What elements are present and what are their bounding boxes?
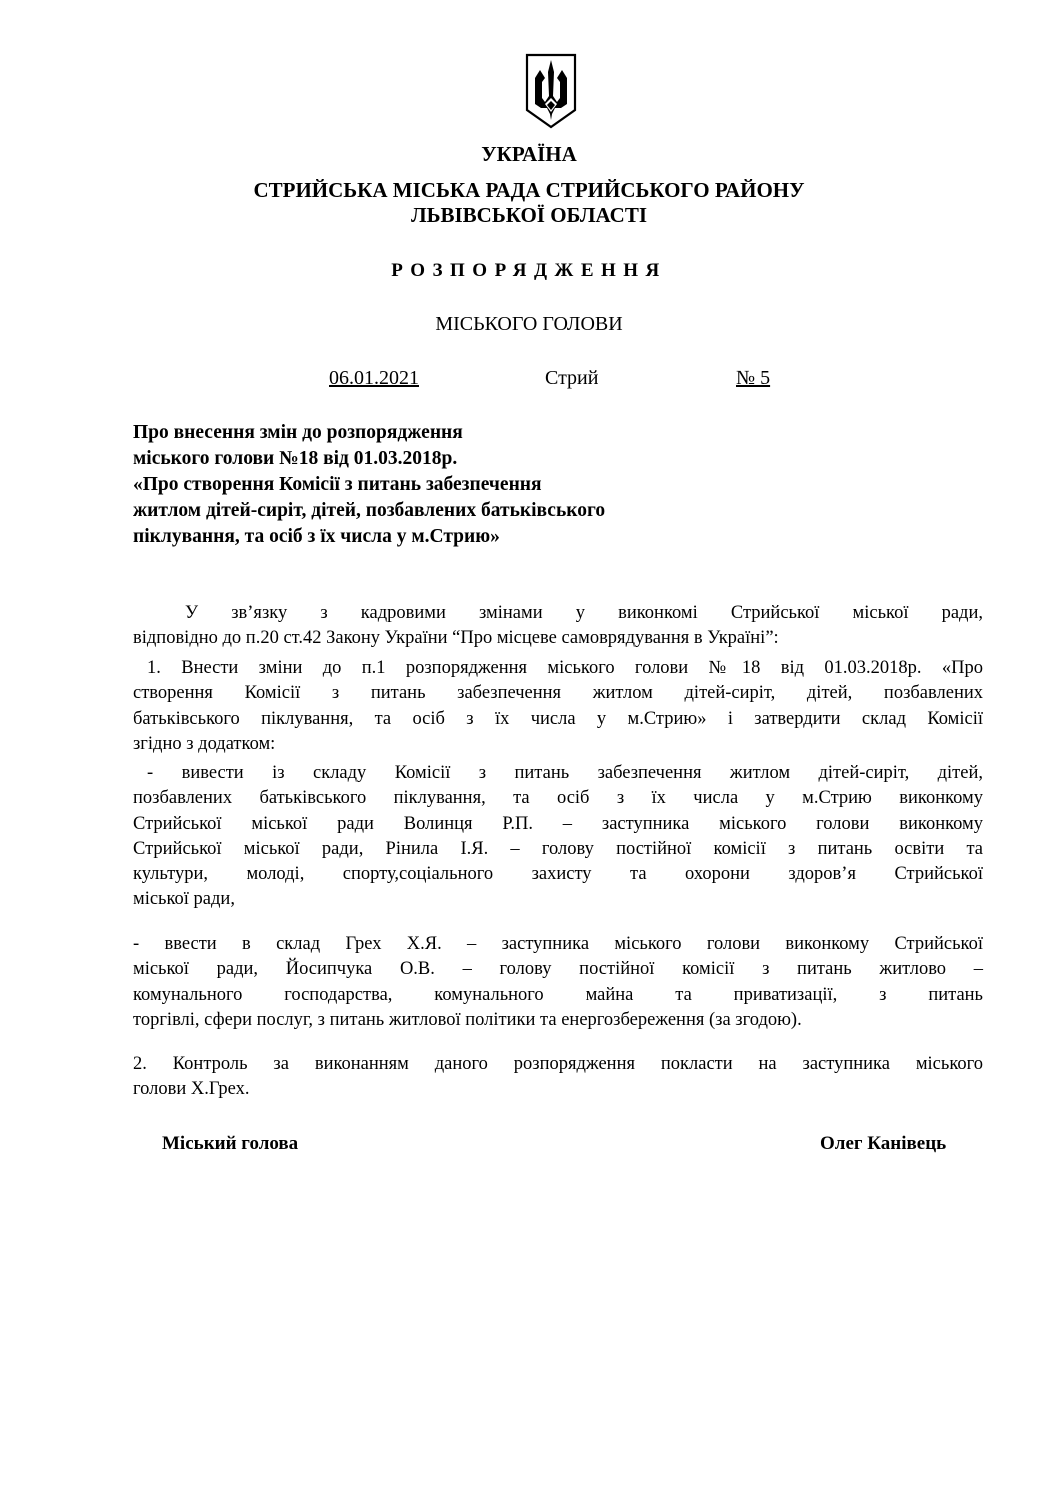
body-line: міської ради, <box>133 887 983 912</box>
item-1-remove-paragraph: - вивести із складу Комісії з питань заб… <box>133 761 983 913</box>
document-page: УКРАЇНА СТРИЙСЬКА МІСЬКА РАДА СТРИЙСЬКОГ… <box>0 0 1058 1497</box>
signature-name: Олег Канівець <box>820 1133 946 1155</box>
preamble-paragraph: У зв’язку з кадровими змінами у виконком… <box>133 601 983 652</box>
item-1-paragraph: 1. Внести зміни до п.1 розпорядження міс… <box>133 656 983 757</box>
subject-line: житлом дітей-сиріт, дітей, позбавлених б… <box>133 498 753 524</box>
body-line: Стрийської міської ради Волинця Р.П. – з… <box>133 812 983 837</box>
body-line: - ввести в склад Грех Х.Я. – заступника … <box>133 932 983 957</box>
body-line: міської ради, Йосипчука О.В. – голову по… <box>133 957 983 982</box>
document-subtype: МІСЬКОГО ГОЛОВИ <box>0 313 1058 336</box>
body-line: згідно з додатком: <box>133 732 983 757</box>
body-line: торгівлі, сфери послуг, з питань житлово… <box>133 1008 983 1033</box>
subject-line: піклування, та осіб з їх числа у м.Стрию… <box>133 524 753 550</box>
document-city: Стрий <box>545 367 598 390</box>
document-number: № 5 <box>736 367 770 390</box>
body-line: Стрийської міської ради, Рінила І.Я. – г… <box>133 837 983 862</box>
trident-emblem-icon <box>524 52 578 130</box>
signature-title: Міський голова <box>162 1133 298 1155</box>
body-line: відповідно до п.20 ст.42 Закону України … <box>133 626 983 651</box>
subject-line: Про внесення змін до розпорядження <box>133 420 753 446</box>
country-title: УКРАЇНА <box>0 142 1058 167</box>
body-line: створення Комісії з питань забезпечення … <box>133 681 983 706</box>
document-subject: Про внесення змін до розпорядження міськ… <box>133 420 753 550</box>
council-name-line1: СТРИЙСЬКА МІСЬКА РАДА СТРИЙСЬКОГО РАЙОНУ <box>0 178 1058 203</box>
body-line: комунального господарства, комунального … <box>133 983 983 1008</box>
body-line: У зв’язку з кадровими змінами у виконком… <box>133 601 983 626</box>
body-line: позбавлених батьківського піклування, та… <box>133 786 983 811</box>
subject-line: «Про створення Комісії з питань забезпеч… <box>133 472 753 498</box>
body-line: батьківського піклування, та осіб з їх ч… <box>133 707 983 732</box>
body-line: голови Х.Грех. <box>133 1077 983 1102</box>
body-line: - вивести із складу Комісії з питань заб… <box>133 761 983 786</box>
document-date: 06.01.2021 <box>329 367 419 390</box>
item-2-paragraph: 2. Контроль за виконанням даного розпоря… <box>133 1052 983 1103</box>
body-line: 2. Контроль за виконанням даного розпоря… <box>133 1052 983 1077</box>
council-name-line2: ЛЬВІВСЬКОЇ ОБЛАСТІ <box>0 203 1058 228</box>
item-1-add-paragraph: - ввести в склад Грех Х.Я. – заступника … <box>133 932 983 1033</box>
document-type: РОЗПОРЯДЖЕННЯ <box>0 260 1058 282</box>
body-line: 1. Внести зміни до п.1 розпорядження міс… <box>133 656 983 681</box>
subject-line: міського голови №18 від 01.03.2018р. <box>133 446 753 472</box>
body-line: культури, молоді, спорту,соціального зах… <box>133 862 983 887</box>
